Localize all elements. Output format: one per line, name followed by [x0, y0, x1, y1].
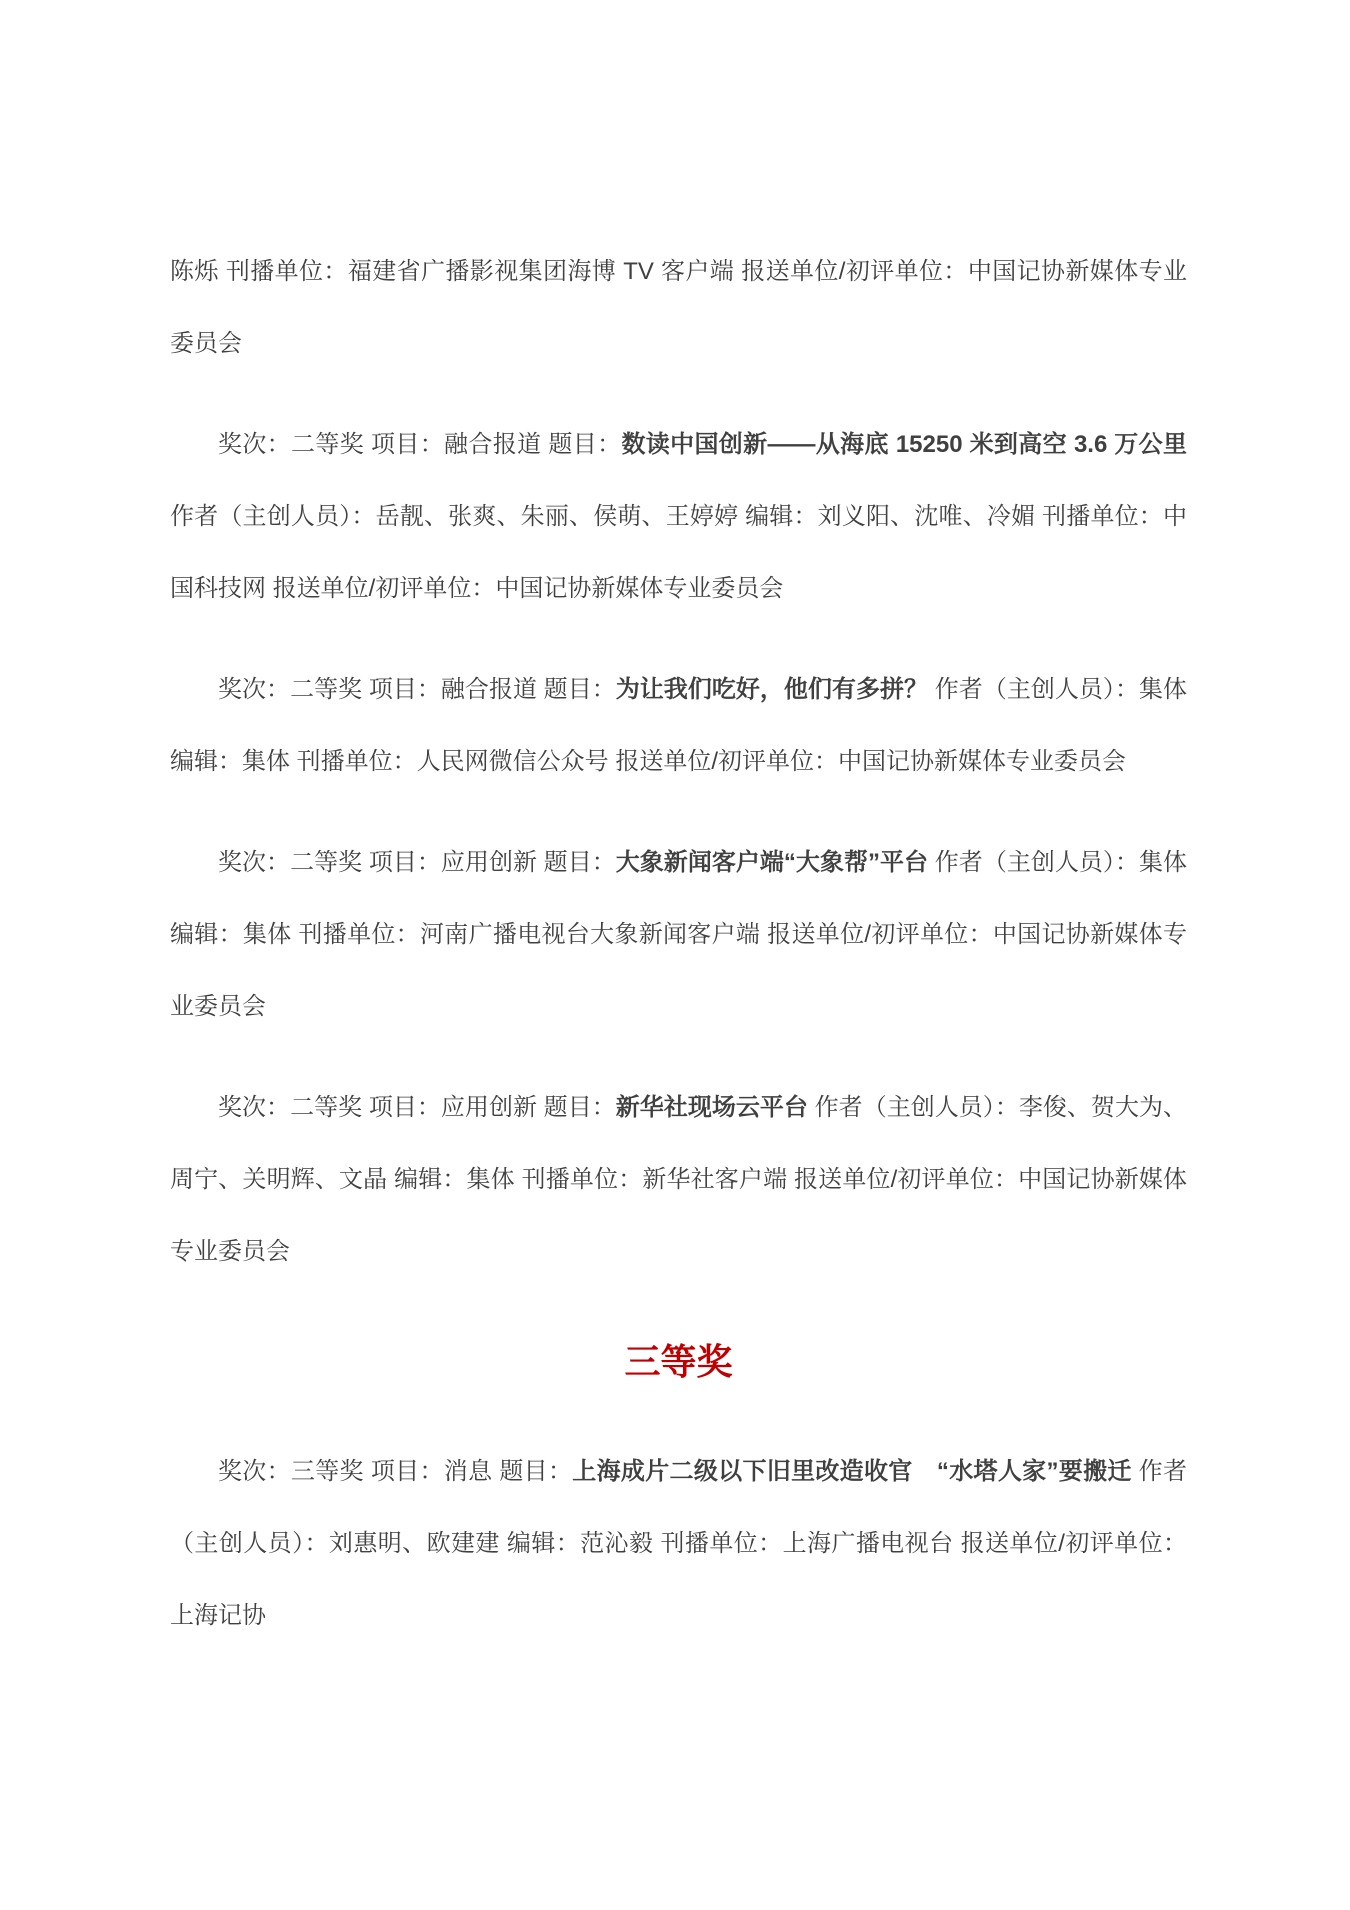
award-detail-text: 陈烁 刊播单位：福建省广播影视集团海博 TV 客户端 报送单位/初评单位：中国记…: [170, 258, 1187, 357]
award-title-text: 为让我们吃好，他们有多拼？: [616, 676, 928, 703]
award-list: 陈烁 刊播单位：福建省广播影视集团海博 TV 客户端 报送单位/初评单位：中国记…: [0, 0, 1350, 1652]
document-page: 陈烁 刊播单位：福建省广播影视集团海博 TV 客户端 报送单位/初评单位：中国记…: [0, 0, 1350, 1910]
award-detail-text: 奖次：二等奖 项目：融合报道 题目：: [218, 431, 621, 458]
section-heading-label: 三等奖: [624, 1341, 732, 1382]
award-title-text: 大象新闻客户端“大象帮”平台: [616, 849, 928, 876]
award-detail-text: 作者（主创人员）：岳靓、张爽、朱丽、侯萌、王婷婷 编辑：刘义阳、沈唯、冷媚 刊播…: [170, 503, 1187, 602]
award-detail-text: 奖次：二等奖 项目：应用创新 题目：: [218, 849, 616, 876]
award-paragraph: 奖次：二等奖 项目：应用创新 题目：大象新闻客户端“大象帮”平台 作者（主创人员…: [170, 827, 1187, 1043]
award-title-text: 上海成片二级以下旧里改造收官 “水塔人家”要搬迁: [572, 1458, 1131, 1485]
award-paragraph: 奖次：二等奖 项目：融合报道 题目：数读中国创新——从海底 15250 米到高空…: [170, 409, 1187, 625]
award-detail-text: 奖次：二等奖 项目：应用创新 题目：: [218, 1094, 616, 1121]
award-paragraph: 奖次：三等奖 项目：消息 题目：上海成片二级以下旧里改造收官 “水塔人家”要搬迁…: [170, 1436, 1187, 1652]
award-title-text: 新华社现场云平台: [616, 1094, 808, 1121]
award-paragraph: 奖次：二等奖 项目：应用创新 题目：新华社现场云平台 作者（主创人员）：李俊、贺…: [170, 1072, 1187, 1288]
award-detail-text: 奖次：二等奖 项目：融合报道 题目：: [218, 676, 616, 703]
award-detail-text: 奖次：三等奖 项目：消息 题目：: [218, 1458, 572, 1485]
award-paragraph: 奖次：二等奖 项目：融合报道 题目：为让我们吃好，他们有多拼？ 作者（主创人员）…: [170, 654, 1187, 798]
section-heading: 三等奖: [170, 1317, 1187, 1407]
award-paragraph: 陈烁 刊播单位：福建省广播影视集团海博 TV 客户端 报送单位/初评单位：中国记…: [170, 236, 1187, 380]
award-title-text: 数读中国创新——从海底 15250 米到高空 3.6 万公里: [621, 431, 1187, 458]
